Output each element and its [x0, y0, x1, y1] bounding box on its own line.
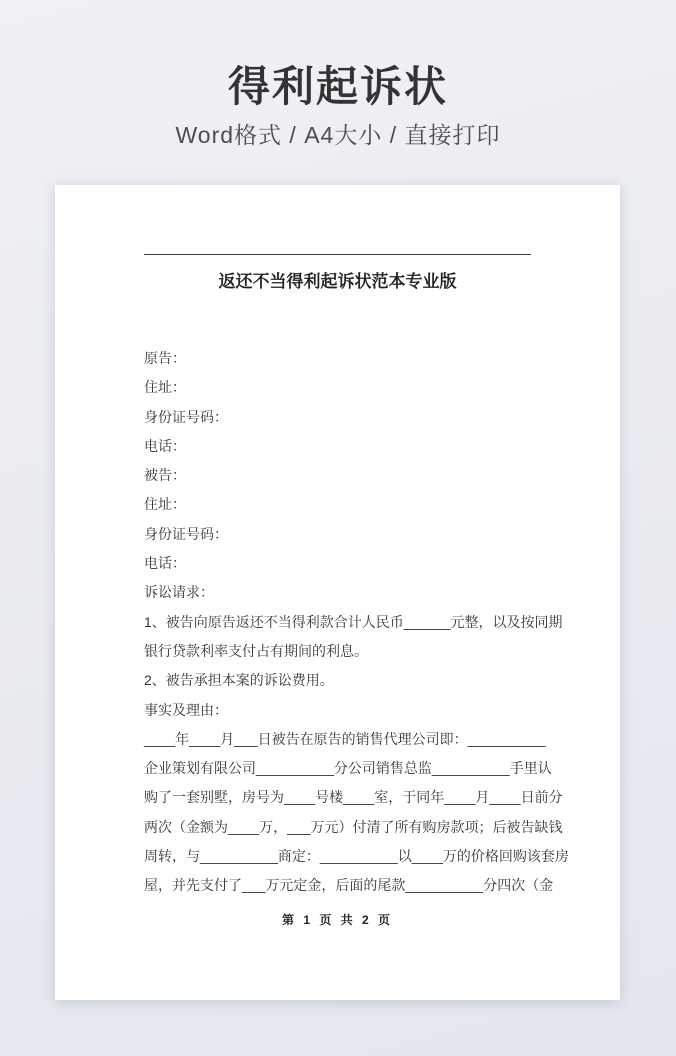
- document-line: 身份证号码：: [144, 520, 554, 549]
- document-line: 购了一套别墅，房号为____号楼____室，于同年____月____日前分: [144, 783, 554, 812]
- document-line: 住址：: [144, 373, 554, 402]
- document-body: 原告： 住址： 身份证号码： 电话： 被告： 住址： 身份证号码： 电话： 诉讼…: [144, 344, 554, 901]
- page-title: 得利起诉状: [0, 64, 676, 110]
- document-page: 返还不当得利起诉状范本专业版 原告： 住址： 身份证号码： 电话： 被告： 住址…: [55, 185, 620, 1000]
- document-line: 银行贷款利率支付占有期间的利息。: [144, 637, 554, 666]
- document-line: 身份证号码：: [144, 403, 554, 432]
- document-title-rule: [144, 254, 531, 255]
- document-line: 电话：: [144, 549, 554, 578]
- page-subtitle: Word格式 / A4大小 / 直接打印: [0, 122, 676, 149]
- document-title: 返还不当得利起诉状范本专业版: [55, 271, 620, 293]
- document-line: 屋，并先支付了___万元定金，后面的尾款__________分四次（金: [144, 871, 554, 900]
- document-line: 电话：: [144, 432, 554, 461]
- document-line: 周转，与__________商定：__________以____万的价格回购该套…: [144, 842, 554, 871]
- document-line: 1、被告向原告返还不当得利款合计人民币______元整，以及按同期: [144, 608, 554, 637]
- page-number: 第 1 页 共 2 页: [55, 911, 620, 928]
- document-line: 企业策划有限公司__________分公司销售总监__________手里认: [144, 754, 554, 783]
- document-line: 住址：: [144, 490, 554, 519]
- document-line: ____年____月___日被告在原告的销售代理公司即：__________: [144, 725, 554, 754]
- document-line: 2、被告承担本案的诉讼费用。: [144, 666, 554, 695]
- document-line: 诉讼请求：: [144, 578, 554, 607]
- document-line: 被告：: [144, 461, 554, 490]
- document-line: 两次（金额为____万，___万元）付清了所有购房款项；后被告缺钱: [144, 813, 554, 842]
- document-line: 原告：: [144, 344, 554, 373]
- document-line: 事实及理由：: [144, 696, 554, 725]
